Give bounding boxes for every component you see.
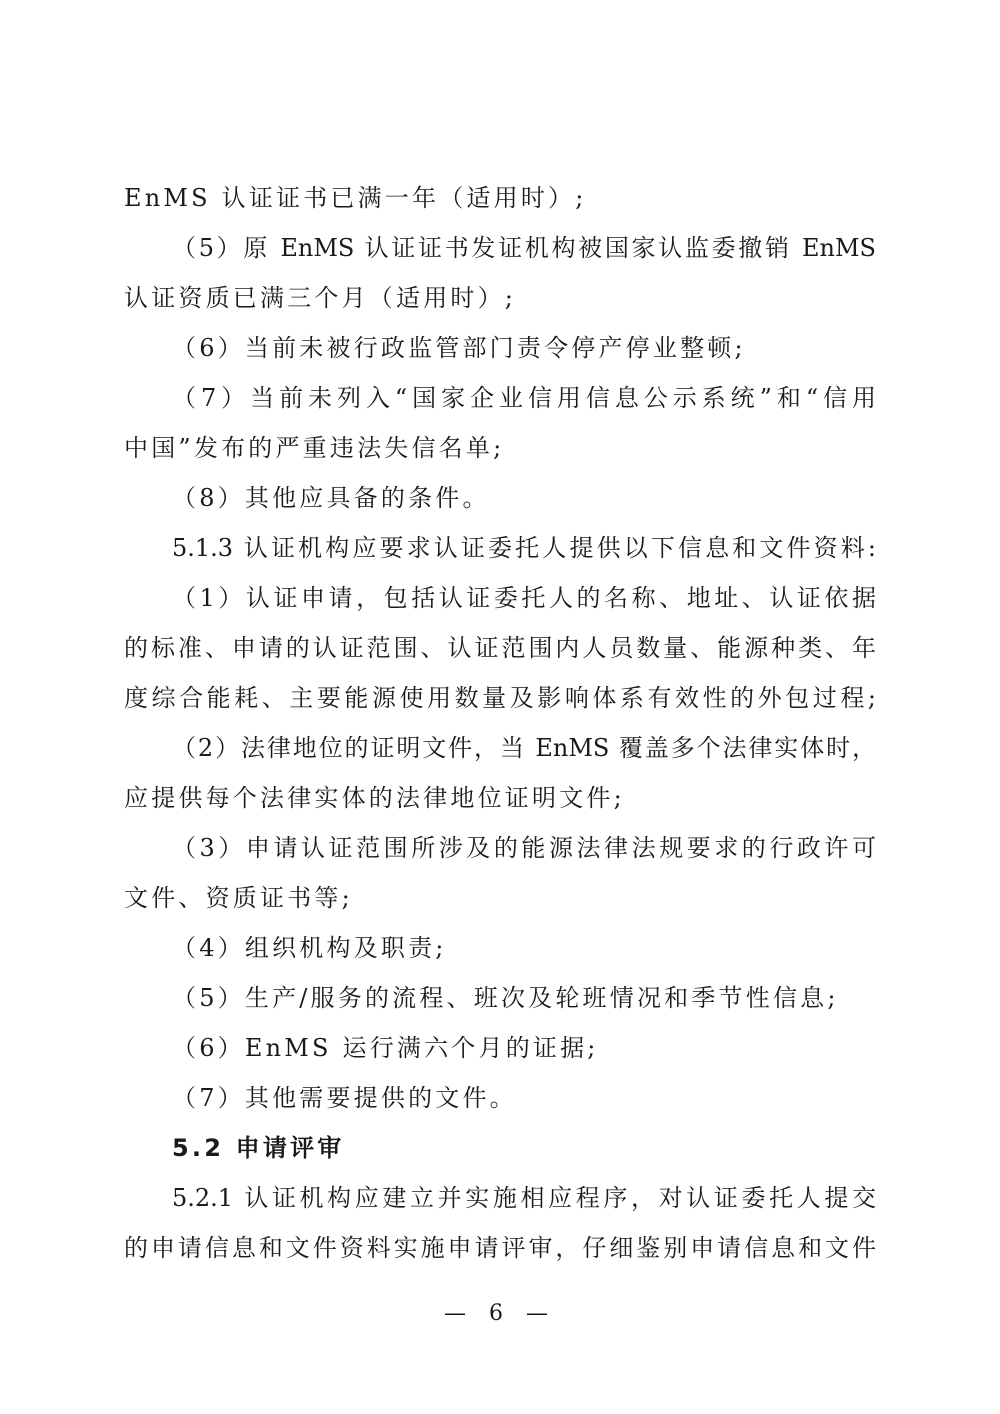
text-line: 度综合能耗、主要能源使用数量及影响体系有效性的外包过程;: [124, 682, 876, 714]
list-item-8-other-conditions: （8）其他应具备的条件。: [172, 482, 876, 514]
text-line: 中国”发布的严重违法失信名单;: [124, 432, 876, 464]
list-item-1-application: （1）认证申请，包括认证委托人的名称、地址、认证依据: [172, 582, 876, 614]
text-line: 的标准、申请的认证范围、认证范围内人员数量、能源种类、年: [124, 632, 876, 664]
document-page: EnMS 认证证书已满一年（适用时）; （5）原 EnMS 认证证书发证机构被国…: [0, 0, 1000, 1414]
text-line: 文件、资质证书等;: [124, 882, 876, 914]
section-heading-5-2: 5.2 申请评审: [172, 1132, 876, 1164]
page-number: — 6 —: [0, 1300, 1000, 1328]
text-line: EnMS 认证证书已满一年（适用时）;: [124, 182, 876, 214]
list-item-3-licenses: （3）申请认证范围所涉及的能源法律法规要求的行政许可: [172, 832, 876, 864]
text-line: 应提供每个法律实体的法律地位证明文件;: [124, 782, 876, 814]
clause-5-2-1: 5.2.1 认证机构应建立并实施相应程序，对认证委托人提交: [172, 1182, 876, 1214]
text-line: 认证资质已满三个月（适用时）;: [124, 282, 876, 314]
list-item-6-not-suspended: （6）当前未被行政监管部门责令停产停业整顿;: [172, 332, 876, 364]
list-item-5-process-info: （5）生产/服务的流程、班次及轮班情况和季节性信息;: [172, 982, 876, 1014]
clause-5-1-3: 5.1.3 认证机构应要求认证委托人提供以下信息和文件资料:: [172, 532, 876, 564]
list-item-7-credit-list: （7）当前未列入“国家企业信用信息公示系统”和“信用: [172, 382, 876, 414]
list-item-6-enms-evidence: （6）EnMS 运行满六个月的证据;: [172, 1032, 876, 1064]
list-item-7-other-documents: （7）其他需要提供的文件。: [172, 1082, 876, 1114]
list-item-4-organization: （4）组织机构及职责;: [172, 932, 876, 964]
list-item-2-legal-status: （2）法律地位的证明文件，当 EnMS 覆盖多个法律实体时，: [172, 732, 876, 764]
text-line: 的申请信息和文件资料实施申请评审，仔细鉴别申请信息和文件: [124, 1232, 876, 1264]
list-item-5-original-cert-revoked: （5）原 EnMS 认证证书发证机构被国家认监委撤销 EnMS: [172, 232, 876, 264]
